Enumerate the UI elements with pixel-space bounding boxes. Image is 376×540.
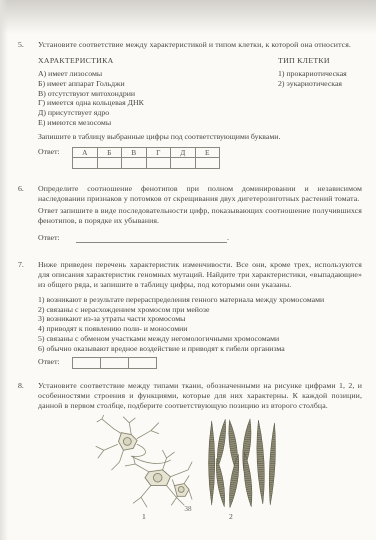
answer-table-q5: А Б В Г Д Е (72, 147, 220, 169)
page-number: 38 (0, 505, 376, 513)
answer-blank-cell (97, 158, 122, 169)
answer-blank-cell (73, 158, 98, 169)
list-item: Д) присутствует ядро (38, 108, 278, 118)
answer-blank-cell (171, 158, 196, 169)
list-item: В) отсутствуют митохондрии (38, 89, 278, 99)
question-6-number: 6. (18, 184, 38, 243)
figure-2-label: 2 (229, 512, 233, 521)
answer-blank-cell (122, 158, 147, 169)
question-8-figures: 1 2 (38, 415, 362, 533)
list-item: 1) прокариотическая (278, 69, 362, 79)
answer-blank-cell (73, 357, 101, 369)
cell-type-list: 1) прокариотическая 2) эукариотическая (278, 69, 362, 89)
question-7-text: Ниже приведен перечень характеристик изм… (38, 260, 362, 290)
answer-header-cell: Д (171, 147, 196, 158)
answer-label: Ответ: (38, 357, 72, 367)
question-6: 6. Определите соотношение фенотипов при … (18, 184, 362, 243)
exam-page: 5. Установите соответствие между характе… (0, 0, 376, 533)
answer-table-header-row: А Б В Г Д Е (73, 147, 220, 158)
answer-blank-cell (195, 158, 220, 169)
question-5-number: 5. (18, 40, 38, 169)
question-6-text: Определите соотношение фенотипов при пол… (38, 184, 362, 204)
answer-table-blank-row (73, 357, 157, 369)
answer-blank-line (76, 234, 227, 243)
question-5-answer: Ответ: А Б В Г Д Е (38, 147, 362, 169)
answer-table-blank-row (73, 158, 220, 169)
muscle-tissue-figure (204, 417, 282, 509)
answer-blank-cell (146, 158, 171, 169)
answer-header-cell: В (122, 147, 147, 158)
list-item: А) имеет лизосомы (38, 69, 278, 79)
answer-header-cell: Б (97, 147, 122, 158)
answer-header-cell: Г (146, 147, 171, 158)
list-item: Г) имеется одна кольцевая ДНК (38, 98, 278, 108)
list-item: 2) связаны с нерасхождением хромосом при… (38, 305, 362, 315)
answer-blank-cell (101, 357, 129, 369)
question-8-text: Установите соответствие между типами тка… (38, 381, 362, 411)
question-5: 5. Установите соответствие между характе… (18, 40, 362, 169)
list-item: 2) эукариотическая (278, 79, 362, 89)
question-7-answer: Ответ: (38, 357, 362, 370)
question-7: 7. Ниже приведен перечень характеристик … (18, 260, 362, 369)
question-5-instruction: Запишите в таблицу выбранные цифры под с… (38, 132, 362, 142)
list-item: 3) возникают из-за утраты части хромосом… (38, 314, 362, 324)
cell-type-header: ТИП КЛЕТКИ (278, 56, 362, 66)
answer-blank-cell (129, 357, 157, 369)
answer-label: Ответ: (38, 147, 72, 157)
list-item: 4) приводят к появлению поли- и моносоми… (38, 324, 362, 334)
variability-list: 1) возникают в результате перераспределе… (38, 295, 362, 354)
question-7-number: 7. (18, 260, 38, 369)
answer-header-cell: Е (195, 147, 220, 158)
characteristics-header: ХАРАКТЕРИСТИКА (38, 56, 278, 66)
list-item: 5) связаны с обменом участками между нег… (38, 334, 362, 344)
list-item: 6) обычно оказывают вредное воздействие … (38, 344, 362, 354)
nerve-tissue-figure (93, 415, 193, 511)
list-item: 1) возникают в результате перераспределе… (38, 295, 362, 305)
list-item: Б) имеет аппарат Гольджи (38, 79, 278, 89)
question-6-instruction: Ответ запишите в виде последовательности… (38, 206, 362, 226)
question-5-text: Установите соответствие между характерис… (38, 40, 362, 50)
answer-table-q7 (72, 357, 157, 370)
answer-period: . (227, 233, 229, 243)
figure-1-label: 1 (142, 512, 146, 521)
answer-header-cell: А (73, 147, 98, 158)
list-item: Е) имеются мезосомы (38, 118, 278, 128)
answer-label: Ответ: (38, 233, 72, 243)
characteristics-list: А) имеет лизосомы Б) имеет аппарат Гольд… (38, 69, 278, 128)
question-6-answer: Ответ: . (38, 233, 362, 243)
